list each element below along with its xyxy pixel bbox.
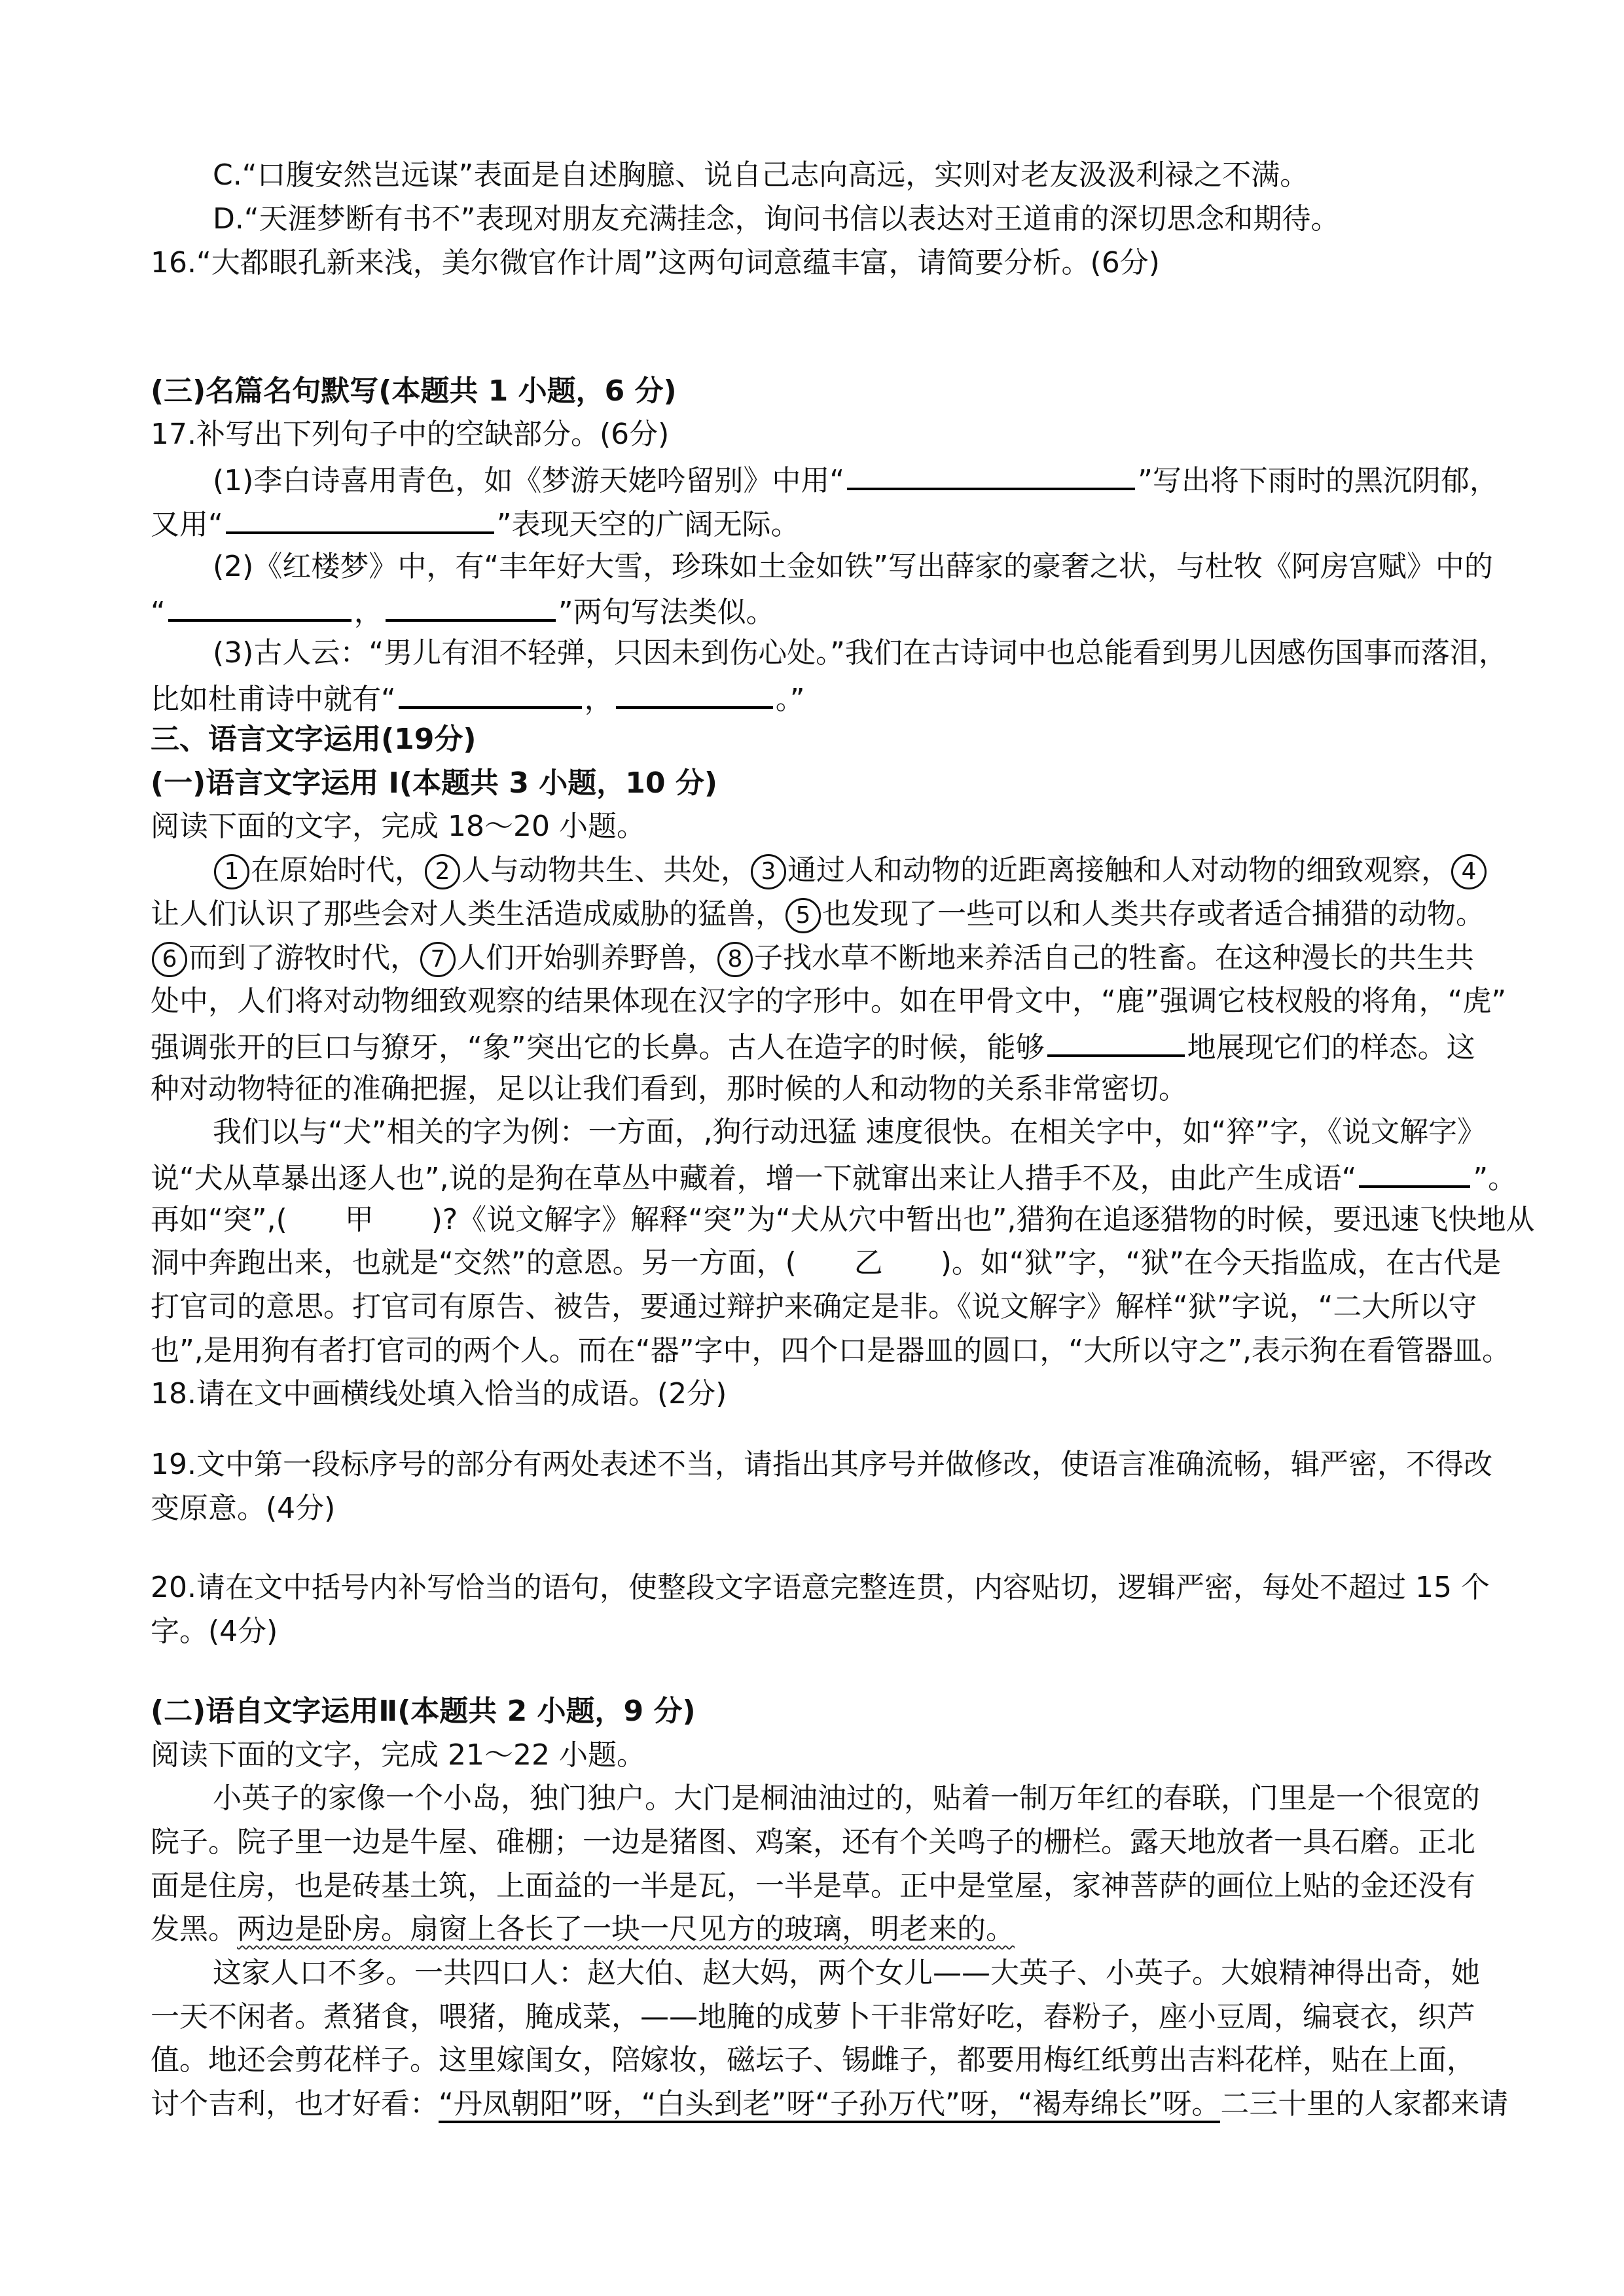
question-18: 18.请在文中画横线处填入恰当的成语。(2分) [151,1374,1479,1414]
subsection-1-intro: 阅读下面的文字，完成 18～20 小题。 [151,807,1479,846]
subsection-2-header: (二)语自文字运用Ⅱ(本题共 2 小题，9 分) [151,1692,1479,1731]
wavy-underlined-sentence: 两边是卧房。扇窗上各长了一块一尺见方的玻璃，明老来的。 [237,1912,1015,1946]
answer-blank[interactable] [168,590,352,622]
circled-number-2: 2 [425,854,460,889]
question-20-line-2: 字。(4分) [151,1612,1479,1651]
q17-part-3-cont: 比如杜甫诗中就有“，。” [151,677,1479,719]
idiom-blank[interactable] [1047,1026,1185,1057]
passage-2-line-4: 发黑。两边是卧房。扇窗上各长了一块一尺见方的玻璃，明老来的。 [151,1910,1479,1949]
circled-number-8: 8 [717,942,753,977]
circled-number-5: 5 [785,898,821,933]
q17-part-1-cont: 又用“”表现天空的广阔无际。 [151,503,1479,545]
q15-option-c: C.“口腹安然岂远谋”表面是自述胸臆、说自己志向高远，实则对老友汲汲利禄之不满。 [213,156,1479,195]
answer-blank[interactable] [226,503,494,534]
question-20-line-1: 20.请在文中括号内补写恰当的语句，使整段文字语意完整连贯，内容贴切，逻辑严密，… [151,1568,1479,1607]
idiom-blank[interactable] [1359,1157,1470,1188]
passage-2-line-7: 值。地还会剪花样子。这里嫁闺女，陪嫁妆，磁坛子、锡雌子，都要用梅红纸剪出吉料花样… [151,2041,1479,2080]
passage-1-line-3: 6而到了游牧时代，7人们开始驯养野兽，8子找水草不断地来养活自己的牲畜。在这种漫… [151,939,1479,978]
section-3-header: (三)名篇名句默写(本题共 1 小题，6 分) [151,372,1479,411]
answer-blank[interactable] [616,677,773,709]
passage-1-line-5: 强调张开的巨口与獠牙，“象”突出它的长鼻。古人在造字的时候，能够地展现它们的样态… [151,1026,1479,1067]
circled-number-6: 6 [152,942,187,977]
circled-number-3: 3 [751,854,786,889]
part-3-header: 三、语言文字运用(19分) [151,720,1479,759]
answer-blank[interactable] [847,459,1135,490]
passage-1-line-9: 再如“突”,( 甲 )?《说文解字》解释“突”为“犬从穴中暂出也”,猎狗在追逐猎… [151,1200,1479,1240]
question-16: 16.“大都眼孔新来浅，美尔微官作计周”这两句词意蕴丰富，请简要分析。(6分) [151,243,1479,283]
circled-number-1: 1 [214,854,249,889]
passage-2-line-3: 面是住房，也是砖基土筑，上面益的一半是瓦，一半是草。正中是堂屋，家神菩萨的画位上… [151,1867,1479,1906]
passage-1-line-1: 1在原始时代，2人与动物共生、共处，3通过人和动物的近距离接触和人对动物的细致观… [213,851,1479,890]
passage-2-line-2: 院子。院子里一边是牛屋、碓棚；一边是猪图、鸡案，还有个关鸣子的栅栏。露天地放者一… [151,1823,1479,1862]
answer-blank[interactable] [399,677,582,709]
underlined-phrases: “丹凤朝阳”呀，“白头到老”呀“子孙万代”呀，“褐寿绵长”呀。 [439,2087,1220,2123]
passage-1-line-4: 处中，人们将对动物细致观察的结果体现在汉字的字形中。如在甲骨文中，“鹿”强调它枝… [151,982,1479,1021]
passage-1-line-6: 种对动物特征的准确把握，足以让我们看到，那时候的人和动物的关系非常密切。 [151,1069,1479,1109]
q17-part-2-cont: “，”两句写法类似。 [151,590,1479,632]
passage-1-line-11: 打官司的意思。打官司有原告、被告，要通过辩护来确定是非。《说文解字》解样“狱”字… [151,1287,1479,1327]
q17-part-1: (1)李白诗喜用青色，如《梦游天姥吟留别》中用“”写出将下雨时的黑沉阴郁， [213,459,1479,501]
exam-page: C.“口腹安然岂远谋”表面是自述胸臆、说自己志向高远，实则对老友汲汲利禄之不满。… [0,0,1624,2296]
question-19-line-2: 变原意。(4分) [151,1489,1479,1528]
question-19-line-1: 19.文中第一段标序号的部分有两处表述不当，请指出其序号并做修改，使语言准确流畅… [151,1445,1479,1484]
circled-number-7: 7 [420,942,456,977]
passage-1-line-10: 洞中奔跑出来，也就是“交然”的意恩。另一方面，( 乙 )。如“狱”字，“狱”在今… [151,1244,1479,1283]
passage-1-line-8: 说“犬从草暴出逐人也”,说的是狗在草丛中藏着，增一下就窜出来让人措手不及，由此产… [151,1157,1479,1198]
subsection-2-intro: 阅读下面的文字，完成 21～22 小题。 [151,1736,1479,1775]
question-17-stem: 17.补写出下列句子中的空缺部分。(6分) [151,415,1479,454]
passage-2-line-8: 讨个吉利，也才好看：“丹凤朝阳”呀，“白头到老”呀“子孙万代”呀，“褐寿绵长”呀… [151,2085,1479,2124]
passage-2-line-6: 一天不闲者。煮猪食，喂猪，腌成菜，——地腌的成萝卜干非常好吃，舂粉子，座小豆周，… [151,1998,1479,2037]
passage-1-line-2: 让人们认识了那些会对人类生活造成威胁的猛兽，5也发现了一些可以和人类共存或者适合… [151,895,1479,934]
passage-2-line-1: 小英子的家像一个小岛，独门独户。大门是桐油油过的，贴着一制万年红的春联，门里是一… [213,1779,1479,1818]
q15-option-d: D.“天涯梦断有书不”表现对朋友充满挂念，询问书信以表达对王道甫的深切思念和期待… [213,200,1479,239]
answer-blank[interactable] [386,590,556,622]
circled-number-4: 4 [1451,854,1487,889]
q17-part-3: (3)古人云：“男儿有泪不轻弹，只因未到伤心处。”我们在古诗词中也总能看到男儿因… [213,634,1479,673]
subsection-1-header: (一)语言文字运用 I(本题共 3 小题，10 分) [151,764,1479,803]
passage-1-line-12: 也”,是用狗有者打官司的两个人。而在“器”字中，四个口是器皿的圆口，“大所以守之… [151,1331,1479,1371]
q17-part-2: (2)《红楼梦》中，有“丰年好大雪，珍珠如土金如铁”写出薛家的豪奢之状，与杜牧《… [213,547,1479,586]
passage-2-line-5: 这家人口不多。一共四口人：赵大伯、赵大妈，两个女儿——大英子、小英子。大娘精神得… [213,1954,1479,1993]
passage-1-line-7: 我们以与“犬”相关的字为例：一方面，,狗行动迅猛 速度很快。在相关字中，如“猝”… [213,1113,1479,1152]
